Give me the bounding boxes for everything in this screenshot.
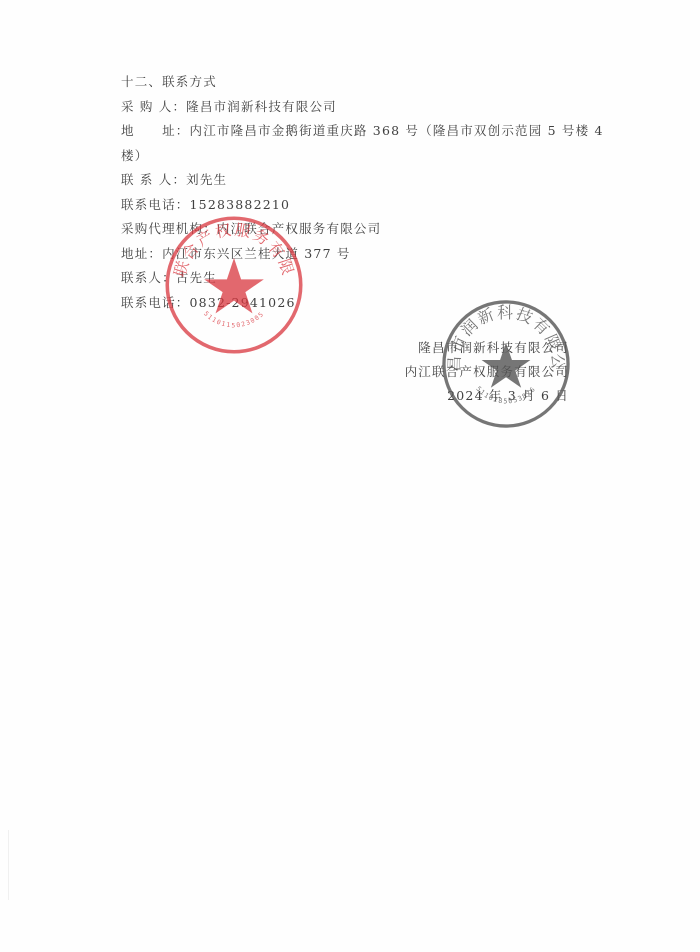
- address-value: 内江市隆昌市金鹅街道重庆路 368 号（隆昌市双创示范园 5 号楼 4: [190, 123, 604, 138]
- purchaser-label: 采 购 人：: [121, 99, 186, 114]
- contact-value: 刘先生: [186, 172, 227, 187]
- signature-party-1: 隆昌市润新科技有限公司: [405, 336, 569, 360]
- agency-row: 采购代理机构：内江联合产权服务有限公司: [121, 217, 581, 242]
- agency-value: 内江联合产权服务有限公司: [217, 221, 381, 236]
- section-heading: 十二、联系方式: [121, 70, 581, 95]
- agency-contact-row: 联系人：古先生: [121, 266, 581, 291]
- phone-label: 联系电话：: [121, 197, 190, 212]
- scan-edge-mark: [8, 830, 9, 900]
- agency-phone-value: 0832-2941026: [190, 295, 296, 310]
- agency-contact-value: 古先生: [176, 270, 217, 285]
- contact-section: 十二、联系方式 采 购 人：隆昌市润新科技有限公司 地 址：内江市隆昌市金鹅街道…: [121, 70, 581, 315]
- agency-address-value: 内江市东兴区兰桂大道 377 号: [162, 246, 351, 261]
- agency-address-label: 地址：: [121, 246, 162, 261]
- address-label: 地 址：: [121, 123, 190, 138]
- signature-date: 2024 年 3 月 6 日: [405, 384, 569, 408]
- agency-phone-row: 联系电话：0832-2941026: [121, 291, 581, 316]
- phone-row: 联系电话：15283882210: [121, 193, 581, 218]
- agency-label: 采购代理机构：: [121, 221, 217, 236]
- document-page: 十二、联系方式 采 购 人：隆昌市润新科技有限公司 地 址：内江市隆昌市金鹅街道…: [0, 0, 700, 952]
- phone-value: 15283882210: [190, 197, 291, 212]
- signature-block: 隆昌市润新科技有限公司 内江联合产权服务有限公司 2024 年 3 月 6 日: [405, 336, 569, 408]
- agency-contact-label: 联系人：: [121, 270, 176, 285]
- contact-label: 联 系 人：: [121, 172, 186, 187]
- signature-party-2: 内江联合产权服务有限公司: [405, 360, 569, 384]
- address-row: 地 址：内江市隆昌市金鹅街道重庆路 368 号（隆昌市双创示范园 5 号楼 4: [121, 119, 581, 144]
- purchaser-value: 隆昌市润新科技有限公司: [186, 99, 337, 114]
- contact-row: 联 系 人：刘先生: [121, 168, 581, 193]
- address-continuation: 楼）: [121, 144, 581, 169]
- agency-phone-label: 联系电话：: [121, 295, 190, 310]
- agency-address-row: 地址：内江市东兴区兰桂大道 377 号: [121, 242, 581, 267]
- purchaser-row: 采 购 人：隆昌市润新科技有限公司: [121, 95, 581, 120]
